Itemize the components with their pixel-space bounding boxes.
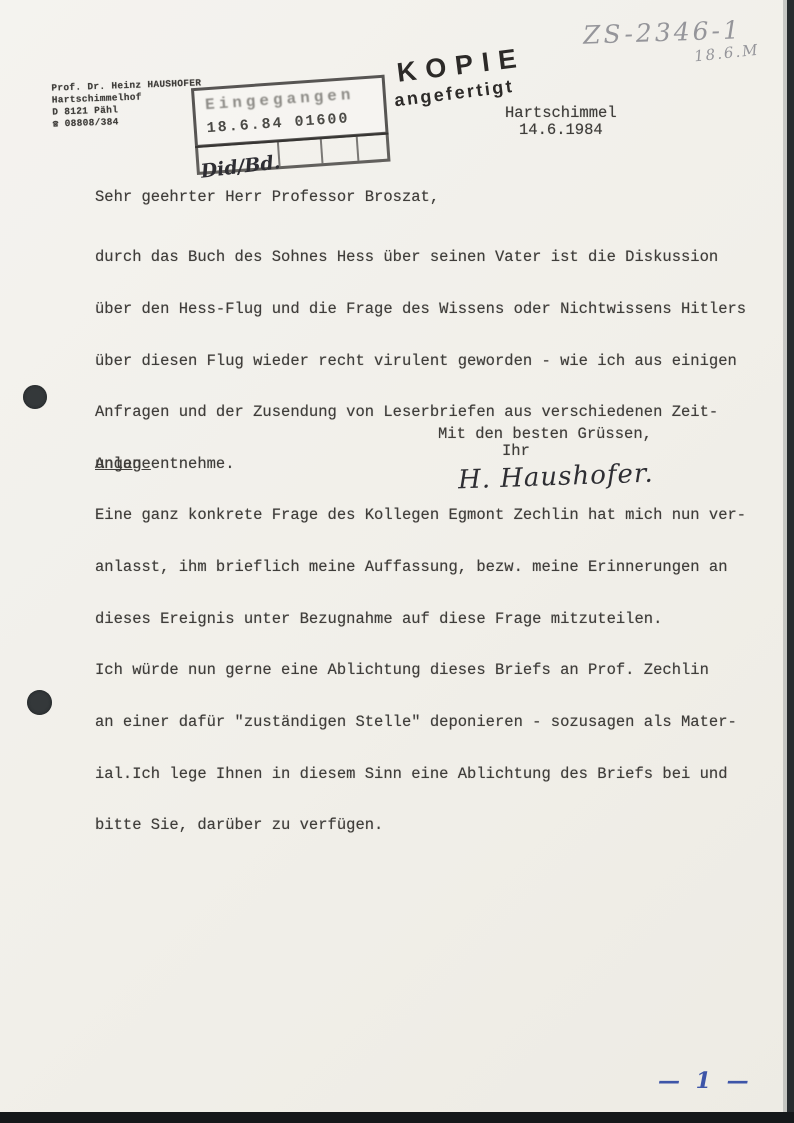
body-line: an einer dafür "zuständigen Stelle" depo… <box>95 714 746 731</box>
closing-greeting: Mit den besten Grüssen, <box>438 425 652 443</box>
scan-edge-right <box>787 0 794 1123</box>
kopie-stamp: KOPIE angefertigt <box>395 42 530 110</box>
letter-place: Hartschimmel <box>505 104 617 122</box>
letter-body: durch das Buch des Sohnes Hess über sein… <box>95 215 746 852</box>
received-stamp-cell <box>277 139 322 166</box>
received-stamp-datetime: 18.6.84 01600 <box>206 108 379 137</box>
enclosure-note: Anlage <box>95 455 151 473</box>
body-line: anlasst, ihm brieflich meine Auffassung,… <box>95 559 746 576</box>
body-line: durch das Buch des Sohnes Hess über sein… <box>95 249 746 266</box>
punch-hole-top <box>23 385 47 409</box>
page-number-handwritten: — 1 — <box>658 1068 753 1094</box>
salutation: Sehr geehrter Herr Professor Broszat, <box>95 188 439 206</box>
received-stamp: Eingegangen 18.6.84 01600 Did/Bd. <box>191 75 391 175</box>
closing-ihr: Ihr <box>502 442 530 460</box>
body-line: über diesen Flug wieder recht virulent g… <box>95 353 746 370</box>
letter-date: 14.6.1984 <box>519 121 603 139</box>
received-stamp-cell <box>320 137 357 163</box>
punch-hole-bottom <box>27 690 52 715</box>
received-stamp-cell <box>356 135 387 161</box>
scan-edge-bottom <box>0 1112 794 1123</box>
body-line: Eine ganz konkrete Frage des Kollegen Eg… <box>95 507 746 524</box>
body-line: bitte Sie, darüber zu verfügen. <box>95 817 746 834</box>
body-line: über den Hess-Flug und die Frage des Wis… <box>95 301 746 318</box>
body-line: ial.Ich lege Ihnen in diesem Sinn eine A… <box>95 766 746 783</box>
body-line: dieses Ereignis unter Bezugnahme auf die… <box>95 611 746 628</box>
scanned-letter-page: { "annotations": { "archive_number": "ZS… <box>0 0 794 1123</box>
body-line: Ich würde nun gerne eine Ablichtung dies… <box>95 662 746 679</box>
body-line: Anfragen und der Zusendung von Leserbrie… <box>95 404 746 421</box>
letterhead: Prof. Dr. Heinz HAUSHOFER Hartschimmelho… <box>51 77 203 130</box>
